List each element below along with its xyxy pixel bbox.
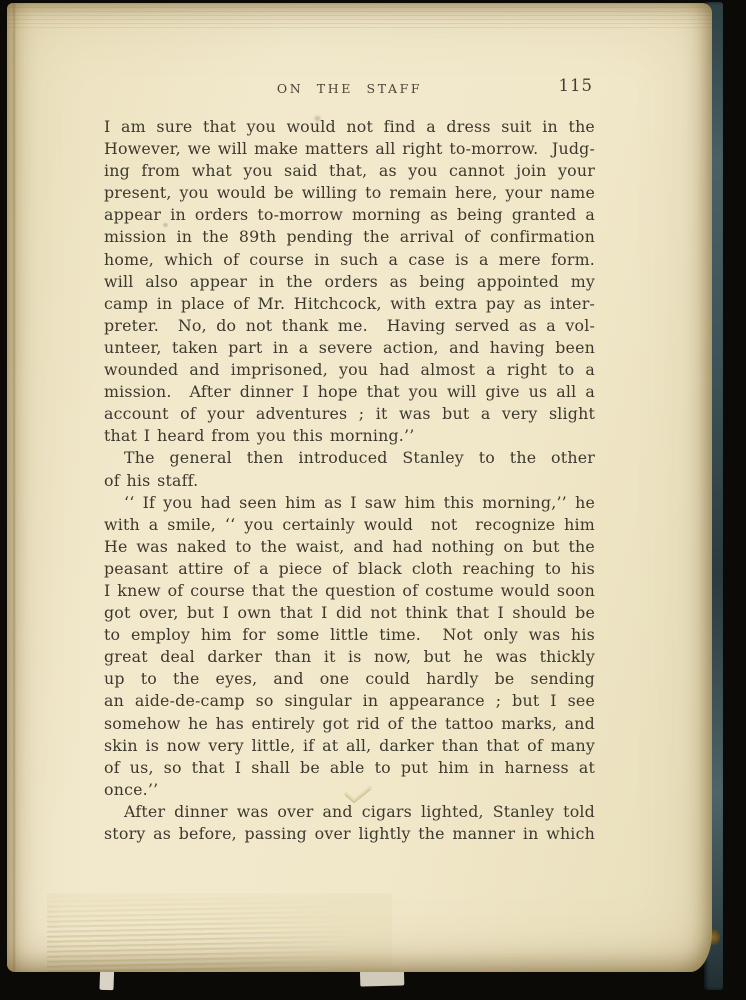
text-line: got over, but I own that I did not think…	[104, 602, 595, 624]
text-line: up to the eyes, and one could hardly be …	[104, 668, 595, 690]
text-line: After dinner was over and cigars lighted…	[104, 801, 595, 823]
text-line: with a smile, ‘‘ you certainly would not…	[104, 514, 595, 536]
paragraph: ‘‘ If you had seen him as I saw him this…	[104, 492, 595, 801]
text-line: peasant attire of a piece of black cloth…	[104, 558, 595, 580]
text-line: home, which of course in such a case is …	[104, 249, 595, 271]
page-edge-stack	[47, 893, 392, 972]
text-line: The general then introduced Stanley to t…	[104, 447, 595, 469]
text-body: I am sure that you would not find a dres…	[104, 116, 595, 845]
text-line: ing from what you said that, as you cann…	[104, 160, 595, 182]
text-line: He was naked to the waist, and had nothi…	[104, 536, 595, 558]
text-line: great deal darker than it is now, but he…	[104, 646, 595, 668]
text-line: ‘‘ If you had seen him as I saw him this…	[104, 492, 595, 514]
text-line: that I heard from you this morning.’’	[104, 425, 595, 447]
text-block: ON THE STAFF 115 I am sure that you woul…	[104, 81, 595, 845]
paragraph: I am sure that you would not find a dres…	[104, 116, 595, 447]
text-line: once.’’	[104, 779, 595, 801]
book-photo: ON THE STAFF 115 I am sure that you woul…	[0, 0, 746, 1000]
book-page: ON THE STAFF 115 I am sure that you woul…	[7, 3, 712, 972]
text-line: of his staff.	[104, 470, 595, 492]
text-line: appear in orders to-morrow morning as be…	[104, 204, 595, 226]
text-line: to employ him for some little time. Not …	[104, 624, 595, 646]
text-line: account of your adventures ; it was but …	[104, 403, 595, 425]
running-title: ON THE STAFF	[277, 81, 422, 96]
text-line: mission. After dinner I hope that you wi…	[104, 381, 595, 403]
text-line: an aide-de-camp so singular in appearanc…	[104, 690, 595, 712]
text-line: unteer, taken part in a severe action, a…	[104, 337, 595, 359]
text-line: I knew of course that the question of co…	[104, 580, 595, 602]
text-line: present, you would be willing to remain …	[104, 182, 595, 204]
text-line: will also appear in the orders as being …	[104, 271, 595, 293]
text-line: of us, so that I shall be able to put hi…	[104, 757, 595, 779]
page-left-crease	[12, 3, 16, 972]
text-line: I am sure that you would not find a dres…	[104, 116, 595, 138]
text-line: skin is now very little, if at all, dark…	[104, 735, 595, 757]
page-number: 115	[559, 76, 594, 95]
page-header: ON THE STAFF 115	[104, 81, 595, 99]
paragraph: After dinner was over and cigars lighted…	[104, 801, 595, 845]
text-line: wounded and imprisoned, you had almost a…	[104, 359, 595, 381]
paragraph: The general then introduced Stanley to t…	[104, 447, 595, 491]
text-line: preter. No, do not thank me. Having serv…	[104, 315, 595, 337]
text-line: somehow he has entirely got rid of the t…	[104, 713, 595, 735]
text-line: mission in the 89th pending the arrival …	[104, 226, 595, 248]
text-line: story as before, passing over lightly th…	[104, 823, 595, 845]
text-line: However, we will make matters all right …	[104, 138, 595, 160]
page-top-edge-stack	[7, 3, 712, 31]
text-line: camp in place of Mr. Hitchcock, with ext…	[104, 293, 595, 315]
